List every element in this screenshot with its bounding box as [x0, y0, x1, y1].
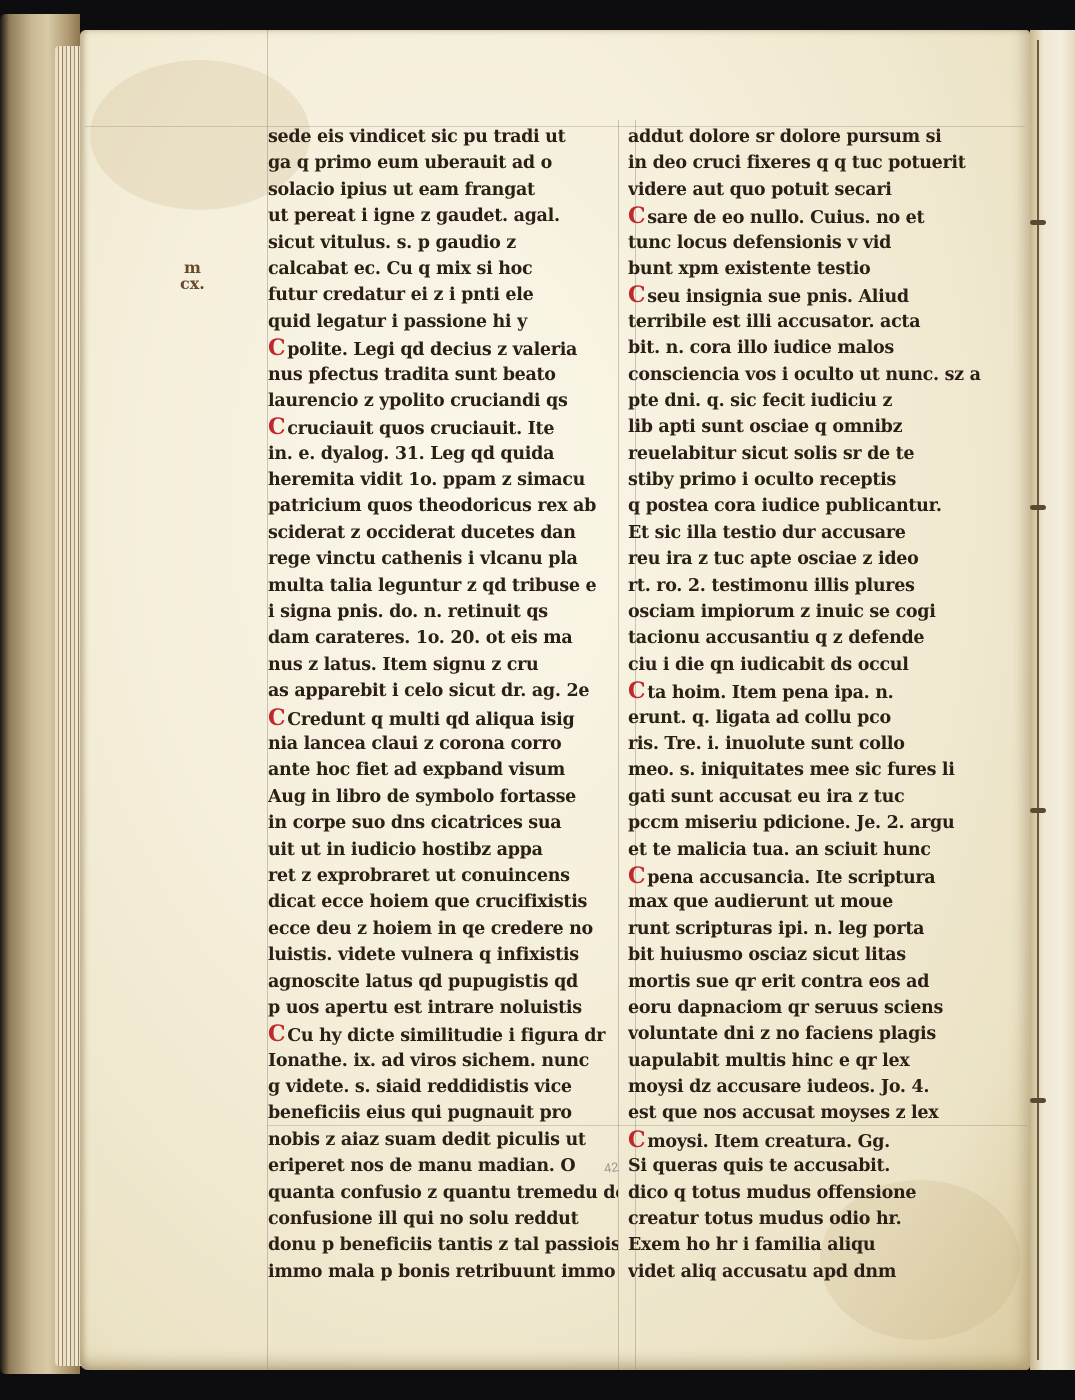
line-text: Si queras quis te accusabit. — [628, 1156, 890, 1176]
rubricated-initial: C — [268, 414, 285, 440]
text-column-right: addut dolore sr dolore pursum siin deo c… — [628, 124, 988, 1285]
text-line: ut pereat i igne z gaudet. agal. — [268, 203, 618, 229]
text-line: Si queras quis te accusabit. — [628, 1153, 988, 1179]
line-text: voluntate dni z no faciens plagis — [628, 1024, 936, 1044]
text-line: in corpe suo dns cicatrices sua — [268, 810, 618, 836]
text-line: bit huiusmo osciaz sicut litas — [628, 942, 988, 968]
text-line: stiby primo i oculto receptis — [628, 467, 988, 493]
line-text: laurencio z ypolito cruciandi qs — [268, 391, 568, 411]
line-text: ut pereat i igne z gaudet. agal. — [268, 206, 560, 226]
text-line: rt. ro. 2. testimonu illis plures — [628, 573, 988, 599]
line-text: ta hoim. Item pena ipa. n. — [647, 683, 893, 703]
marginal-note-bottom: cx. — [180, 276, 205, 292]
line-text: uapulabit multis hinc e qr lex — [628, 1051, 909, 1071]
text-line: p uos apertu est intrare noluistis — [268, 995, 618, 1021]
line-text: nobis z aiaz suam dedit piculis ut — [268, 1130, 586, 1150]
text-line: patricium quos theodoricus rex ab — [268, 493, 618, 519]
text-line: multa talia leguntur z qd tribuse e — [268, 573, 618, 599]
text-line: videre aut quo potuit secari — [628, 177, 988, 203]
text-column-left: sede eis vindicet sic pu tradi utga q pr… — [268, 124, 618, 1285]
text-line: q postea cora iudice publicantur. — [628, 493, 988, 519]
line-text: moysi. Item creatura. Gg. — [647, 1132, 890, 1152]
line-text: rege vinctu cathenis i vlcanu pla — [268, 549, 578, 569]
text-line: pte dni. q. sic fecit iudiciu z — [628, 388, 988, 414]
rubricated-initial: C — [268, 705, 285, 731]
text-line: consciencia vos i oculto ut nunc. sz a — [628, 362, 988, 388]
text-line: futur credatur ei z i pnti ele — [268, 282, 618, 308]
text-line: nia lancea claui z corona corro — [268, 731, 618, 757]
line-text: quid legatur i passione hi y — [268, 312, 527, 332]
line-text: sede eis vindicet sic pu tradi ut — [268, 127, 565, 147]
text-line: est que nos accusat moyses z lex — [628, 1100, 988, 1126]
text-line: ga q primo eum uberauit ad o — [268, 150, 618, 176]
text-line: Ccruciauit quos cruciauit. Ite — [268, 414, 618, 440]
line-text: videt aliq accusatu apd dnm — [628, 1262, 896, 1282]
line-text: reuelabitur sicut solis sr de te — [628, 444, 914, 464]
text-line: Cta hoim. Item pena ipa. n. — [628, 678, 988, 704]
rubricated-initial: C — [628, 863, 645, 889]
text-line: ecce deu z hoiem in qe credere no — [268, 916, 618, 942]
line-text: in. e. dyalog. 31. Leg qd quida — [268, 444, 554, 464]
line-text: dicat ecce hoiem que crucifixistis — [268, 892, 587, 912]
line-text: patricium quos theodoricus rex ab — [268, 496, 596, 516]
text-line: eoru dapnaciom qr seruus sciens — [628, 995, 988, 1021]
line-text: ciu i die qn iudicabit ds occul — [628, 655, 909, 675]
text-line: Exem ho hr i familia aliqu — [628, 1232, 988, 1258]
text-line: ris. Tre. i. inuolute sunt collo — [628, 731, 988, 757]
text-line: CCredunt q multi qd aliqua isig — [268, 705, 618, 731]
line-text: moysi dz accusare iudeos. Jo. 4. — [628, 1077, 929, 1097]
line-text: in deo cruci fixeres q q tuc potuerit — [628, 153, 966, 173]
line-text: immo mala p bonis retribuunt immo — [268, 1262, 615, 1282]
text-line: videt aliq accusatu apd dnm — [628, 1259, 988, 1285]
text-line: Ionathe. ix. ad viros sichem. nunc — [268, 1048, 618, 1074]
text-line: moysi dz accusare iudeos. Jo. 4. — [628, 1074, 988, 1100]
text-line: Et sic illa testio dur accusare — [628, 520, 988, 546]
line-text: cruciauit quos cruciauit. Ite — [287, 419, 554, 439]
line-text: tunc locus defensionis v vid — [628, 233, 891, 253]
text-line: quid legatur i passione hi y — [268, 309, 618, 335]
binding-stitch — [1030, 220, 1046, 225]
line-text: videre aut quo potuit secari — [628, 180, 892, 200]
line-text: dam carateres. 1o. 20. ot eis ma — [268, 628, 572, 648]
ruling-line-vertical — [618, 120, 619, 1370]
line-text: gati sunt accusat eu ira z tuc — [628, 787, 904, 807]
line-text: eriperet nos de manu madian. O — [268, 1156, 575, 1176]
text-line: g videte. s. siaid reddidistis vice — [268, 1074, 618, 1100]
line-text: confusione ill qui no solu reddut — [268, 1209, 578, 1229]
line-text: addut dolore sr dolore pursum si — [628, 127, 942, 147]
binding-stitch — [1030, 505, 1046, 510]
line-text: bunt xpm existente testio — [628, 259, 870, 279]
text-line: creatur totus mudus odio hr. — [628, 1206, 988, 1232]
line-text: pccm miseriu pdicione. Je. 2. argu — [628, 813, 954, 833]
line-text: Aug in libro de symbolo fortasse — [268, 787, 576, 807]
text-line: pccm miseriu pdicione. Je. 2. argu — [628, 810, 988, 836]
text-line: eriperet nos de manu madian. O — [268, 1153, 618, 1179]
binding-stitch — [1030, 808, 1046, 813]
text-line: erunt. q. ligata ad collu pco — [628, 705, 988, 731]
text-line: ante hoc fiet ad expband visum — [268, 757, 618, 783]
line-text: nia lancea claui z corona corro — [268, 734, 561, 754]
binding-stitch — [1030, 1098, 1046, 1103]
line-text: multa talia leguntur z qd tribuse e — [268, 576, 596, 596]
line-text: as apparebit i celo sicut dr. ag. 2e — [268, 681, 589, 701]
line-text: in corpe suo dns cicatrices sua — [268, 813, 561, 833]
text-line: as apparebit i celo sicut dr. ag. 2e — [268, 678, 618, 704]
text-line: Cpena accusancia. Ite scriptura — [628, 863, 988, 889]
line-text: seu insignia sue pnis. Aliud — [647, 287, 909, 307]
text-line: rege vinctu cathenis i vlcanu pla — [268, 546, 618, 572]
text-line: gati sunt accusat eu ira z tuc — [628, 784, 988, 810]
text-line: nus z latus. Item signu z cru — [268, 652, 618, 678]
text-line: Cmoysi. Item creatura. Gg. — [628, 1127, 988, 1153]
line-text: rt. ro. 2. testimonu illis plures — [628, 576, 915, 596]
line-text: consciencia vos i oculto ut nunc. sz a — [628, 365, 981, 385]
rubricated-initial: C — [628, 203, 645, 229]
text-line: addut dolore sr dolore pursum si — [628, 124, 988, 150]
line-text: ecce deu z hoiem in qe credere no — [268, 919, 593, 939]
text-line: heremita vidit 1o. ppam z simacu — [268, 467, 618, 493]
text-line: agnoscite latus qd pupugistis qd — [268, 969, 618, 995]
line-text: stiby primo i oculto receptis — [628, 470, 896, 490]
text-line: solacio ipius ut eam frangat — [268, 177, 618, 203]
line-text: est que nos accusat moyses z lex — [628, 1103, 938, 1123]
line-text: ga q primo eum uberauit ad o — [268, 153, 552, 173]
text-line: dam carateres. 1o. 20. ot eis ma — [268, 625, 618, 651]
line-text: tacionu accusantiu q z defende — [628, 628, 924, 648]
line-text: Credunt q multi qd aliqua isig — [287, 710, 574, 730]
text-line: runt scripturas ipi. n. leg porta — [628, 916, 988, 942]
text-line: reu ira z tuc apte osciae z ideo — [628, 546, 988, 572]
text-line: bit. n. cora illo iudice malos — [628, 335, 988, 361]
line-text: osciam impiorum z inuic se cogi — [628, 602, 936, 622]
rubricated-initial: C — [628, 1127, 645, 1153]
text-line: sede eis vindicet sic pu tradi ut — [268, 124, 618, 150]
line-text: ret z exprobraret ut conuincens — [268, 866, 570, 886]
text-line: ciu i die qn iudicabit ds occul — [628, 652, 988, 678]
text-line: nobis z aiaz suam dedit piculis ut — [268, 1127, 618, 1153]
line-text: solacio ipius ut eam frangat — [268, 180, 535, 200]
line-text: ris. Tre. i. inuolute sunt collo — [628, 734, 905, 754]
text-line: sicut vitulus. s. p gaudio z — [268, 230, 618, 256]
text-line: CCu hy dicte similitudie i figura dr — [268, 1021, 618, 1047]
text-line: uapulabit multis hinc e qr lex — [628, 1048, 988, 1074]
text-line: beneficiis eius qui pugnauit pro — [268, 1100, 618, 1126]
text-line: Aug in libro de symbolo fortasse — [268, 784, 618, 810]
text-line: in. e. dyalog. 31. Leg qd quida — [268, 441, 618, 467]
line-text: Cu hy dicte similitudie i figura dr — [287, 1026, 605, 1046]
text-line: max que audierunt ut moue — [628, 889, 988, 915]
line-text: lib apti sunt osciae q omnibz — [628, 417, 902, 437]
rubricated-initial: C — [268, 1021, 285, 1047]
text-line: laurencio z ypolito cruciandi qs — [268, 388, 618, 414]
line-text: donu p beneficiis tantis z tal passiois — [268, 1235, 618, 1255]
marginal-annotation: m cx. — [180, 260, 205, 292]
text-line: in deo cruci fixeres q q tuc potuerit — [628, 150, 988, 176]
line-text: futur credatur ei z i pnti ele — [268, 285, 533, 305]
text-line: nus pfectus tradita sunt beato — [268, 362, 618, 388]
line-text: sare de eo nullo. Cuius. no et — [647, 208, 924, 228]
line-text: Et sic illa testio dur accusare — [628, 523, 906, 543]
text-line: Cpolite. Legi qd decius z valeria — [268, 335, 618, 361]
line-text: erunt. q. ligata ad collu pco — [628, 708, 891, 728]
text-line: donu p beneficiis tantis z tal passiois — [268, 1232, 618, 1258]
text-line: osciam impiorum z inuic se cogi — [628, 599, 988, 625]
text-line: sciderat z occiderat ducetes dan — [268, 520, 618, 546]
text-line: terribile est illi accusator. acta — [628, 309, 988, 335]
text-line: voluntate dni z no faciens plagis — [628, 1021, 988, 1047]
line-text: bit. n. cora illo iudice malos — [628, 338, 894, 358]
line-text: pena accusancia. Ite scriptura — [647, 868, 935, 888]
text-line: mortis sue qr erit contra eos ad — [628, 969, 988, 995]
line-text: reu ira z tuc apte osciae z ideo — [628, 549, 918, 569]
text-line: i signa pnis. do. n. retinuit qs — [268, 599, 618, 625]
line-text: sciderat z occiderat ducetes dan — [268, 523, 576, 543]
text-line: ret z exprobraret ut conuincens — [268, 863, 618, 889]
text-line: confusione ill qui no solu reddut — [268, 1206, 618, 1232]
binding-fold-line — [1037, 40, 1039, 1360]
text-line: Csare de eo nullo. Cuius. no et — [628, 203, 988, 229]
line-text: ante hoc fiet ad expband visum — [268, 760, 565, 780]
text-line: lib apti sunt osciae q omnibz — [628, 414, 988, 440]
text-line: Cseu insignia sue pnis. Aliud — [628, 282, 988, 308]
line-text: luistis. videte vulnera q infixistis — [268, 945, 579, 965]
line-text: runt scripturas ipi. n. leg porta — [628, 919, 924, 939]
rubricated-initial: C — [628, 282, 645, 308]
line-text: creatur totus mudus odio hr. — [628, 1209, 901, 1229]
line-text: Exem ho hr i familia aliqu — [628, 1235, 875, 1255]
line-text: polite. Legi qd decius z valeria — [287, 340, 577, 360]
text-line: meo. s. iniquitates mee sic fures li — [628, 757, 988, 783]
text-line: quanta confusio z quantu tremedu de illa — [268, 1180, 618, 1206]
text-line: luistis. videte vulnera q infixistis — [268, 942, 618, 968]
line-text: dico q totus mudus offensione — [628, 1183, 916, 1203]
line-text: Ionathe. ix. ad viros sichem. nunc — [268, 1051, 589, 1071]
rubricated-initial: C — [628, 678, 645, 704]
line-text: eoru dapnaciom qr seruus sciens — [628, 998, 943, 1018]
line-text: nus pfectus tradita sunt beato — [268, 365, 556, 385]
text-line: tacionu accusantiu q z defende — [628, 625, 988, 651]
text-line: dicat ecce hoiem que crucifixistis — [268, 889, 618, 915]
line-text: agnoscite latus qd pupugistis qd — [268, 972, 578, 992]
line-text: calcabat ec. Cu q mix si hoc — [268, 259, 532, 279]
text-line: uit ut in iudicio hostibz appa — [268, 837, 618, 863]
text-line: bunt xpm existente testio — [628, 256, 988, 282]
line-text: p uos apertu est intrare noluistis — [268, 998, 582, 1018]
text-line: reuelabitur sicut solis sr de te — [628, 441, 988, 467]
text-line: tunc locus defensionis v vid — [628, 230, 988, 256]
text-line: dico q totus mudus offensione — [628, 1180, 988, 1206]
line-text: et te malicia tua. an sciuit hunc — [628, 840, 931, 860]
line-text: beneficiis eius qui pugnauit pro — [268, 1103, 572, 1123]
line-text: mortis sue qr erit contra eos ad — [628, 972, 929, 992]
line-text: q postea cora iudice publicantur. — [628, 496, 942, 516]
line-text: uit ut in iudicio hostibz appa — [268, 840, 543, 860]
line-text: meo. s. iniquitates mee sic fures li — [628, 760, 955, 780]
line-text: sicut vitulus. s. p gaudio z — [268, 233, 516, 253]
line-text: terribile est illi accusator. acta — [628, 312, 920, 332]
line-text: heremita vidit 1o. ppam z simacu — [268, 470, 585, 490]
text-line: et te malicia tua. an sciuit hunc — [628, 837, 988, 863]
line-text: max que audierunt ut moue — [628, 892, 893, 912]
line-text: pte dni. q. sic fecit iudiciu z — [628, 391, 892, 411]
text-line: immo mala p bonis retribuunt immo — [268, 1259, 618, 1285]
line-text: g videte. s. siaid reddidistis vice — [268, 1077, 572, 1097]
line-text: quanta confusio z quantu tremedu de illa — [268, 1183, 618, 1203]
rubricated-initial: C — [268, 335, 285, 361]
line-text: bit huiusmo osciaz sicut litas — [628, 945, 906, 965]
line-text: i signa pnis. do. n. retinuit qs — [268, 602, 548, 622]
text-line: calcabat ec. Cu q mix si hoc — [268, 256, 618, 282]
line-text: nus z latus. Item signu z cru — [268, 655, 538, 675]
